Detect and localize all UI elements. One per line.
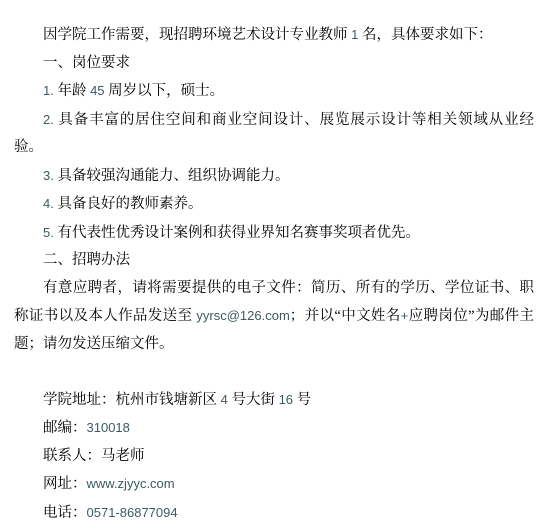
- section-2-heading: 二、招聘办法: [14, 247, 534, 275]
- text-run: 电话：: [43, 505, 87, 521]
- requirement-item-2: 2. 具备丰富的居住空间和商业空间设计、展览展示设计等相关领域从业经验。: [14, 106, 534, 162]
- text-run: 具备较强沟通能力、组织协调能力。: [57, 168, 289, 184]
- requirement-item-5: 5. 有代表性优秀设计案例和获得业界知名赛事奖项者优先。: [14, 219, 534, 248]
- teacher-count-number: 1: [348, 27, 362, 42]
- requirement-item-3: 3. 具备较强沟通能力、组织协调能力。: [14, 162, 534, 191]
- application-method-paragraph: 有意应聘者，请将需要提供的电子文件：简历、所有的学历、学位证书、职称证书以及本人…: [14, 275, 534, 359]
- contact-line: 联系人：马老师: [14, 443, 534, 471]
- heading-text: 二、招聘办法: [43, 252, 130, 268]
- text-run: 名，具体要求如下：: [362, 27, 493, 43]
- building-number: 16: [275, 392, 297, 407]
- postcode-value: 310018: [87, 420, 130, 435]
- text-run: 号大街: [231, 392, 275, 408]
- intro-paragraph: 因学院工作需要，现招聘环境艺术设计专业教师 1 名，具体要求如下：: [14, 21, 534, 50]
- requirement-item-4: 4. 具备良好的教师素养。: [14, 190, 534, 219]
- recruitment-notice-document: 因学院工作需要，现招聘环境艺术设计专业教师 1 名，具体要求如下： 一、岗位要求…: [0, 0, 540, 531]
- phone-number: 0571-86877094: [87, 505, 178, 520]
- website-url: www.zjyyc.com: [87, 476, 175, 491]
- text-run: 联系人：马老师: [43, 448, 145, 464]
- address-line: 学院地址：杭州市钱塘新区 4 号大街 16 号: [14, 386, 534, 415]
- list-number: 4.: [43, 196, 57, 211]
- text-run: 因学院工作需要，现招聘环境艺术设计专业教师: [43, 27, 348, 43]
- text-run: 具备良好的教师素养。: [57, 196, 202, 212]
- list-number: 3.: [43, 168, 57, 183]
- text-run: 具备丰富的居住空间和商业空间设计、展览展示设计等相关领域从业经验。: [14, 112, 534, 156]
- blank-line: [14, 358, 534, 386]
- text-run: 网址：: [43, 476, 87, 492]
- text-run: 有代表性优秀设计案例和获得业界知名赛事奖项者优先。: [57, 225, 420, 241]
- list-number: 1.: [43, 83, 57, 98]
- text-run: 周岁以下，硕士。: [108, 83, 224, 99]
- list-number: 5.: [43, 225, 57, 240]
- postcode-line: 邮编：310018: [14, 414, 534, 443]
- email-address: yyrsc@126.com: [196, 308, 289, 323]
- phone-line: 电话：0571-86877094: [14, 499, 534, 528]
- heading-text: 一、岗位要求: [43, 55, 130, 71]
- text-run: ；并以“中文姓名: [290, 308, 401, 324]
- list-number: 2.: [43, 112, 58, 127]
- text-run: 邮编：: [43, 420, 87, 436]
- age-number: 45: [86, 83, 108, 98]
- text-run: 年龄: [57, 83, 86, 99]
- text-run: 号: [297, 392, 312, 408]
- section-1-heading: 一、岗位要求: [14, 50, 534, 78]
- street-number: 4: [217, 392, 231, 407]
- website-line: 网址：www.zjyyc.com: [14, 470, 534, 499]
- text-run: 学院地址：杭州市钱塘新区: [43, 392, 217, 408]
- requirement-item-1: 1. 年龄 45 周岁以下，硕士。: [14, 77, 534, 106]
